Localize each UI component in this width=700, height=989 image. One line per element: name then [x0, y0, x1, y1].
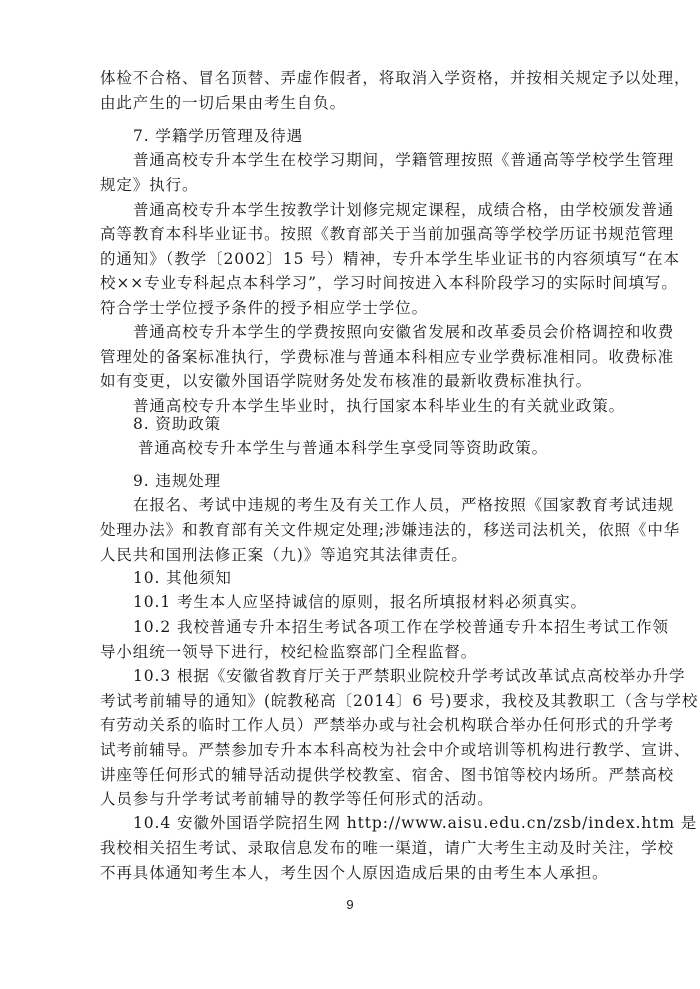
text-line: 人民共和国刑法修正案（九)》等追究其法律责任。: [100, 545, 604, 565]
text-line: 有劳动关系的临时工作人员）严禁举办或与社会机构联合举办任何形式的升学考: [100, 715, 604, 735]
text-line: 人员参与升学考试考前辅导的教学等任何形式的活动。: [100, 789, 604, 809]
text-line: 讲座等任何形式的辅导活动提供学校教室、宿舍、图书馆等校内场所。严禁高校: [100, 765, 604, 785]
text-line: 试考前辅导。严禁参加专升本本科高校为社会中介或培训等机构进行教学、宣讲、: [100, 740, 604, 760]
text-line: 普通高校专升本学生按教学计划修完规定课程，成绩合格，由学校颁发普通: [133, 200, 604, 220]
text-line: 不再具体通知考生本人，考生因个人原因造成后果的由考生本人承担。: [100, 863, 604, 883]
text-line: 普通高校专升本学生的学费按照向安徽省发展和改革委员会价格调控和收费: [133, 322, 604, 342]
text-line: 校××专业专科起点本科学习”，学习时间按进入本科阶段学习的实际时间填写。: [100, 273, 604, 293]
text-line: 我校相关招生考试、录取信息发布的唯一渠道，请广大考生主动及时关注，学校: [100, 838, 604, 858]
text-line: 7. 学籍学历管理及待遇: [133, 126, 604, 146]
text-line: 8. 资助政策: [133, 414, 604, 434]
text-line: 10.3 根据《安徽省教育厅关于严禁职业院校升学考试改革试点高校举办升学: [133, 666, 604, 686]
text-line: 处理办法》和教育部有关文件规定处理;涉嫌违法的，移送司法机关，依照《中华: [100, 520, 604, 540]
text-line: 符合学士学位授予条件的授予相应学士学位。: [100, 298, 604, 318]
text-line: 体检不合格、冒名顶替、弄虚作假者，将取消入学资格，并按相关规定予以处理，: [100, 68, 604, 88]
text-line: 高等教育本科毕业证书。按照《教育部关于当前加强高等学校学历证书规范管理: [100, 224, 604, 244]
text-line: 普通高校专升本学生与普通本科学生享受同等资助政策。: [138, 438, 609, 458]
text-line: 10.1 考生本人应坚持诚信的原则，报名所填报材料必须真实。: [133, 592, 604, 612]
text-line: 9. 违规处理: [133, 471, 604, 491]
text-line: 10.2 我校普通专升本招生考试各项工作在学校普通专升本招生考试工作领: [133, 617, 604, 637]
text-line: 如有变更，以安徽外国语学院财务处发布核准的最新收费标准执行。: [100, 371, 604, 391]
text-line: 规定》执行。: [100, 175, 604, 195]
text-line: 导小组统一领导下进行，校纪检监察部门全程监督。: [100, 642, 604, 662]
text-line: 普通高校专升本学生毕业时，执行国家本科毕业生的有关就业政策。: [133, 396, 604, 416]
text-line: 管理处的备案标准执行，学费标准与普通本科相应专业学费标准相同。收费标准: [100, 347, 604, 367]
text-line: 的通知》（教学〔2002〕15 号）精神，专升本学生毕业证书的内容须填写“在本: [100, 249, 604, 269]
page-number: 9: [0, 897, 700, 912]
text-line: 在报名、考试中违规的考生及有关工作人员，严格按照《国家教育考试违规: [133, 495, 604, 515]
text-line: 10. 其他须知: [133, 568, 604, 588]
text-line: 由此产生的一切后果由考生自负。: [100, 93, 604, 113]
text-line: 考试考前辅导的通知》(皖教秘高〔2014〕6 号)要求，我校及其教职工（含与学校: [100, 691, 604, 711]
document-page: 体检不合格、冒名顶替、弄虚作假者，将取消入学资格，并按相关规定予以处理，由此产生…: [0, 0, 700, 989]
text-line: 普通高校专升本学生在校学习期间，学籍管理按照《普通高等学校学生管理: [133, 150, 604, 170]
text-line: 10.4 安徽外国语学院招生网 http://www.aisu.edu.cn/z…: [133, 813, 604, 833]
